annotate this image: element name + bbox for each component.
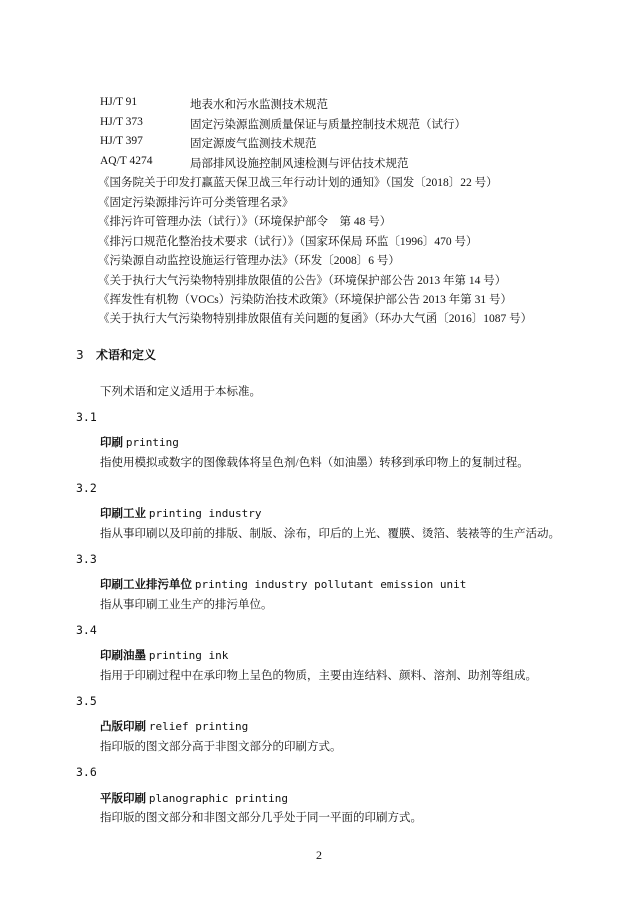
term-number: 3.4: [76, 623, 97, 637]
term-number: 3.5: [76, 694, 97, 708]
reference-item: 《固定污染源排污许可分类管理名录》: [98, 194, 294, 210]
term-definition: 指使用模拟或数字的图像载体将呈色剂/色料（如油墨）转移到承印物上的复制过程。: [100, 454, 529, 470]
section-number: 3: [76, 348, 96, 362]
reference-item: 《排污许可管理办法（试行）》（环境保护部令 第 48 号）: [98, 213, 391, 229]
term-heading: 印刷工业排污单位 printing industry pollutant emi…: [100, 576, 466, 592]
reference-item: 《关于执行大气污染物特别排放限值的公告》（环境保护部公告 2013 年第 14 …: [98, 272, 506, 288]
standard-title: 地表水和污水监测技术规范: [190, 96, 328, 112]
term-heading: 印刷油墨 printing ink: [100, 647, 228, 663]
reference-item: 《关于执行大气污染物特别排放限值有关问题的复函》（环办大气函〔2016〕1087…: [98, 310, 532, 326]
standard-code: HJ/T 373: [100, 116, 143, 128]
term-number: 3.3: [76, 552, 97, 566]
standard-code: HJ/T 397: [100, 135, 143, 147]
term-heading: 凸版印刷 relief printing: [100, 718, 248, 734]
reference-item: 《排污口规范化整治技术要求（试行）》（国家环保局 环监〔1996〕470 号）: [98, 233, 478, 249]
section-heading: 3术语和定义: [76, 346, 156, 363]
term-number: 3.1: [76, 410, 97, 424]
term-definition: 指用于印刷过程中在承印物上呈色的物质，主要由连结料、颜料、溶剂、助剂等组成。: [100, 667, 537, 683]
term-heading: 印刷 printing: [100, 434, 179, 450]
term-zh: 印刷工业: [100, 506, 146, 520]
term-heading: 平版印刷 planographic printing: [100, 790, 288, 806]
term-number: 3.6: [76, 765, 97, 779]
section-title: 术语和定义: [96, 348, 156, 362]
reference-item: 《国务院关于印发打赢蓝天保卫战三年行动计划的通知》（国发〔2018〕22 号）: [98, 174, 498, 190]
term-definition: 指印版的图文部分高于非图文部分的印刷方式。: [100, 738, 342, 754]
standard-title: 固定源废气监测技术规范: [190, 135, 317, 151]
standard-title: 局部排风设施控制风速检测与评估技术规范: [190, 155, 409, 171]
standard-title: 固定污染源监测质量保证与质量控制技术规范（试行）: [190, 116, 466, 132]
term-zh: 平版印刷: [100, 791, 146, 805]
reference-item: 《挥发性有机物（VOCs）污染防治技术政策》（环境保护部公告 2013 年第 3…: [98, 291, 512, 307]
term-zh: 印刷: [100, 435, 123, 449]
page-number: 2: [316, 848, 322, 863]
document-page: HJ/T 91 地表水和污水监测技术规范 HJ/T 373 固定污染源监测质量保…: [0, 0, 640, 905]
term-en: printing ink: [149, 649, 228, 662]
term-definition: 指从事印刷以及印前的排版、制版、涂布，印后的上光、覆膜、烫箔、装裱等的生产活动。: [100, 525, 560, 541]
term-zh: 凸版印刷: [100, 719, 146, 733]
standard-code: HJ/T 91: [100, 96, 137, 108]
standard-code: AQ/T 4274: [100, 155, 153, 167]
term-heading: 印刷工业 printing industry: [100, 505, 261, 521]
term-definition: 指印版的图文部分和非图文部分几乎处于同一平面的印刷方式。: [100, 809, 422, 825]
term-definition: 指从事印刷工业生产的排污单位。: [100, 596, 273, 612]
term-en: relief printing: [149, 720, 248, 733]
term-number: 3.2: [76, 481, 97, 495]
term-en: planographic printing: [149, 792, 288, 805]
term-zh: 印刷工业排污单位: [100, 577, 192, 591]
term-en: printing industry: [149, 507, 262, 520]
term-en: printing: [126, 436, 179, 449]
section-intro: 下列术语和定义适用于本标准。: [100, 383, 261, 399]
reference-item: 《污染源自动监控设施运行管理办法》（环发〔2008〕6 号）: [98, 252, 400, 268]
term-zh: 印刷油墨: [100, 648, 146, 662]
term-en: printing industry pollutant emission uni…: [195, 578, 467, 591]
